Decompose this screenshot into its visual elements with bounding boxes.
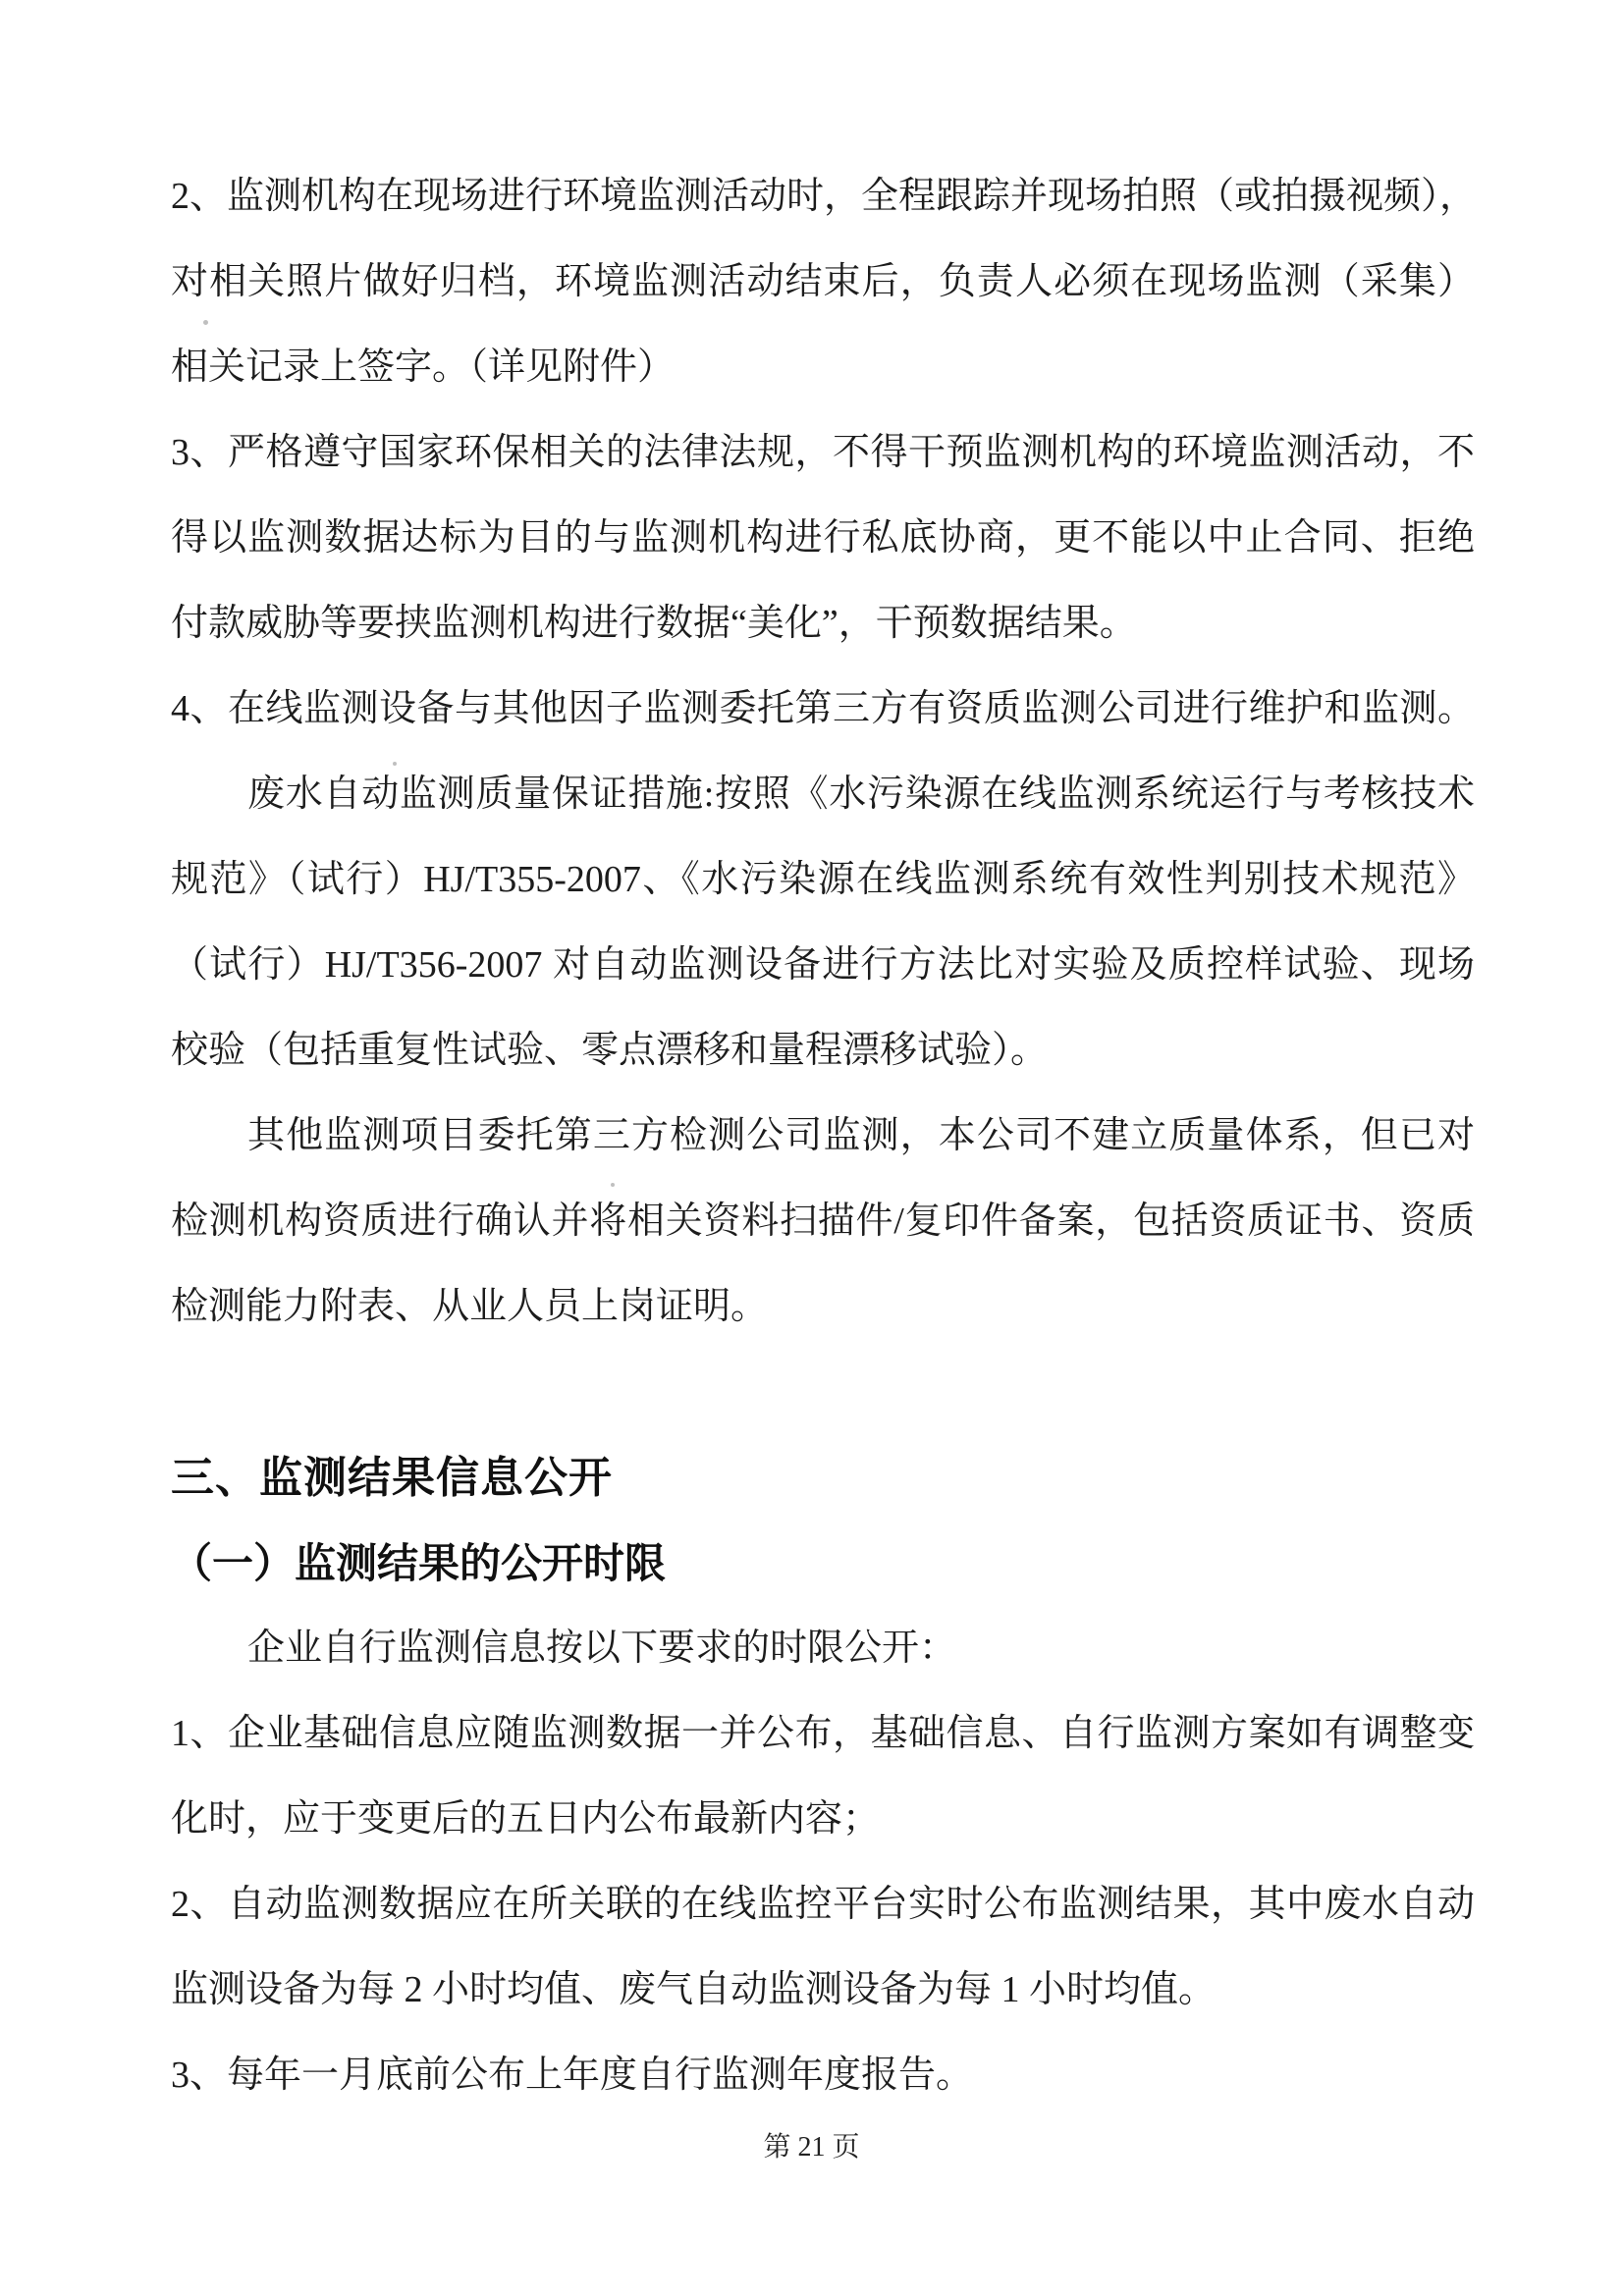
text-line: 校验（包括重复性试验、零点漂移和量程漂移试验）。 [171, 1008, 1475, 1094]
text-line: 付款威胁等要挟监测机构进行数据“美化”，干预数据结果。 [171, 581, 1475, 667]
text-line: 得以监测数据达标为目的与监测机构进行私底协商，更不能以中止合同、拒绝 [171, 496, 1475, 581]
blank-line [171, 1350, 1475, 1435]
text-line: 2、自动监测数据应在所关联的在线监控平台实时公布监测结果，其中废水自动 [171, 1862, 1475, 1948]
section-heading: 三、监测结果信息公开 [171, 1435, 1475, 1521]
text-line: 监测设备为每 2 小时均值、废气自动监测设备为每 1 小时均值。 [171, 1948, 1475, 2033]
text-line: 企业自行监测信息按以下要求的时限公开： [171, 1606, 1475, 1691]
text-line: 检测能力附表、从业人员上岗证明。 [171, 1264, 1475, 1350]
text-line: 1、企业基础信息应随监测数据一并公布，基础信息、自行监测方案如有调整变 [171, 1691, 1475, 1777]
document-body: 2、监测机构在现场进行环境监测活动时，全程跟踪并现场拍照（或拍摄视频）， 对相关… [171, 154, 1475, 2118]
text-line: 对相关照片做好归档，环境监测活动结束后，负责人必须在现场监测（采集） [171, 240, 1475, 325]
text-line: 检测机构资质进行确认并将相关资料扫描件/复印件备案，包括资质证书、资质 [171, 1179, 1475, 1264]
text-line: （试行）HJ/T356-2007 对自动监测设备进行方法比对实验及质控样试验、现… [171, 923, 1475, 1008]
subsection-heading: （一）监测结果的公开时限 [171, 1521, 1475, 1606]
text-line: 2、监测机构在现场进行环境监测活动时，全程跟踪并现场拍照（或拍摄视频）， [171, 154, 1475, 240]
scan-speck [393, 762, 397, 766]
text-line: 其他监测项目委托第三方检测公司监测，本公司不建立质量体系，但已对 [171, 1094, 1475, 1179]
text-line: 3、每年一月底前公布上年度自行监测年度报告。 [171, 2033, 1475, 2118]
document-page: 2、监测机构在现场进行环境监测活动时，全程跟踪并现场拍照（或拍摄视频）， 对相关… [0, 0, 1623, 2296]
text-line: 规范》（试行）HJ/T355-2007、《水污染源在线监测系统有效性判别技术规范… [171, 837, 1475, 923]
text-line: 化时，应于变更后的五日内公布最新内容； [171, 1777, 1475, 1862]
scan-speck [611, 1183, 615, 1187]
scan-speck [203, 320, 208, 325]
text-line: 4、在线监测设备与其他因子监测委托第三方有资质监测公司进行维护和监测。 [171, 667, 1475, 752]
text-line: 废水自动监测质量保证措施:按照《水污染源在线监测系统运行与考核技术 [171, 752, 1475, 837]
text-line: 3、严格遵守国家环保相关的法律法规，不得干预监测机构的环境监测活动，不 [171, 410, 1475, 496]
text-line: 相关记录上签字。（详见附件） [171, 325, 1475, 410]
page-number: 第 21 页 [0, 2128, 1623, 2167]
